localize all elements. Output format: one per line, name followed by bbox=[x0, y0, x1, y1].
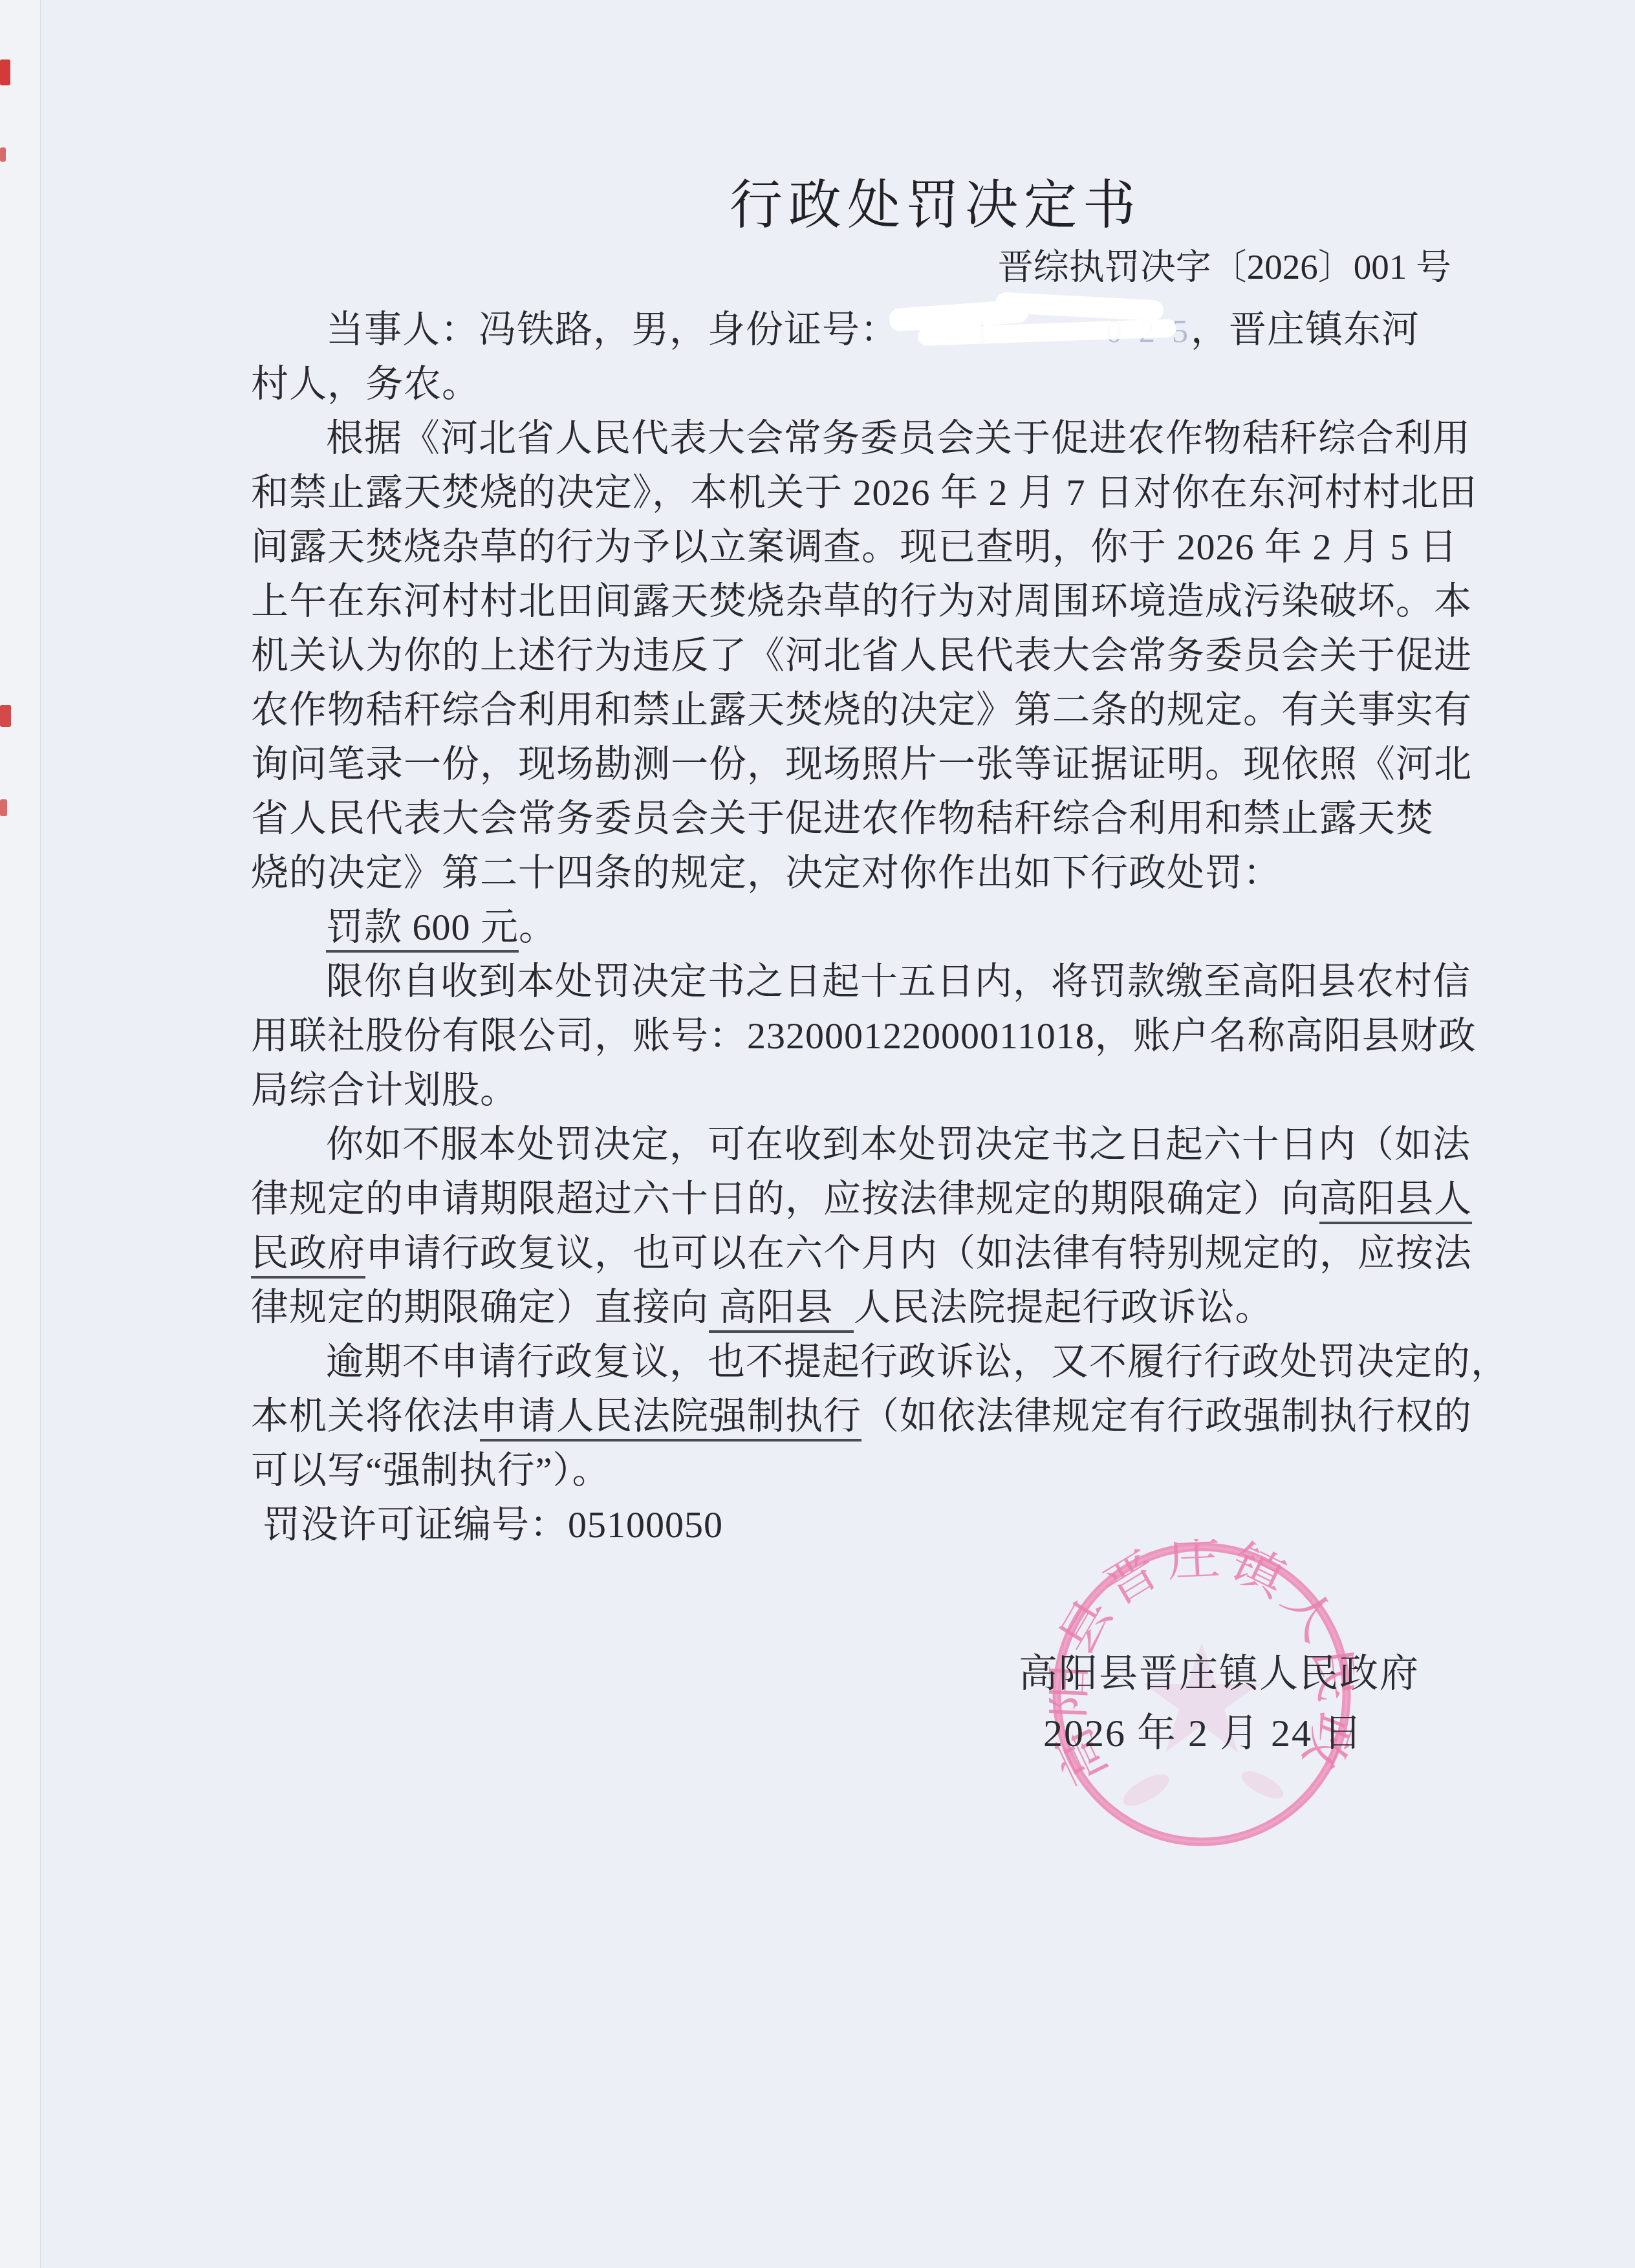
underlined-text: 民政府 bbox=[251, 1232, 365, 1279]
signature-date: 2026 年 2 月 24 日 bbox=[1043, 1702, 1363, 1758]
doc-line: 限你自收到本处罚决定书之日起十五日内，将罚款缴至高阳县农村信 bbox=[251, 955, 1486, 1009]
doc-line: 罚款 600 元。 bbox=[251, 900, 1486, 955]
text-run: 逾期不申请行政复议，也不提起行政诉讼，又不履行行政处罚决定的， bbox=[326, 1341, 1509, 1383]
edge-speck bbox=[0, 799, 7, 816]
doc-line: 可以写“强制执行”）。 bbox=[251, 1443, 1486, 1498]
doc-line: 民政府申请行政复议，也可以在六个月内（如法律有特别规定的，应按法 bbox=[251, 1226, 1486, 1280]
document-lines: 当事人：冯铁路，男，身份证号：1 025，晋庄镇东河村人，务农。根据《河北省人民… bbox=[251, 303, 1486, 1552]
text-run: 本机关将依法 bbox=[251, 1395, 480, 1437]
doc-line: 省人民代表大会常务委员会关于促进农作物秸秆综合利用和禁止露天焚 bbox=[251, 792, 1486, 846]
text-run: ，晋庄镇东河 bbox=[1191, 308, 1420, 351]
underlined-text: 申请人民法院强制执行 bbox=[480, 1395, 861, 1442]
doc-line: 农作物秸秆综合利用和禁止露天焚烧的决定》第二条的规定。有关事实有 bbox=[251, 683, 1486, 737]
text-run: 上午在东河村村北田间露天焚烧杂草的行为对周围环境造成污染破坏。本 bbox=[251, 580, 1472, 622]
text-run: 间露天焚烧杂草的行为予以立案调查。现已查明，你于 2026 年 2 月 5 日 bbox=[251, 526, 1458, 568]
text-run: 限你自收到本处罚决定书之日起十五日内，将罚款缴至高阳县农村信 bbox=[326, 960, 1471, 1002]
redacted-id-number: 1 025 bbox=[898, 304, 1191, 341]
signature-issuer: 高阳县晋庄镇人民政府 bbox=[1019, 1643, 1420, 1698]
doc-line: 间露天焚烧杂草的行为予以立案调查。现已查明，你于 2026 年 2 月 5 日 bbox=[251, 520, 1486, 574]
doc-line: 用联社股份有限公司，账号：232000122000011018，账户名称高阳县财… bbox=[251, 1009, 1486, 1063]
text-run: 根据《河北省人民代表大会常务委员会关于促进农作物秸秆综合利用 bbox=[326, 417, 1471, 459]
text-run: 省人民代表大会常务委员会关于促进农作物秸秆综合利用和禁止露天焚 bbox=[251, 797, 1434, 839]
text-run: 村人，务农。 bbox=[251, 363, 480, 405]
text-run: 当事人：冯铁路，男，身份证号： bbox=[326, 308, 898, 351]
doc-line: 村人，务农。 bbox=[251, 357, 1486, 411]
doc-line: 机关认为你的上述行为违反了《河北省人民代表大会常务委员会关于促进 bbox=[251, 629, 1486, 683]
document-number: 晋综执罚决字〔2026〕001 号 bbox=[841, 238, 1451, 289]
doc-line: 局综合计划股。 bbox=[251, 1063, 1486, 1118]
text-run: 律规定的期限确定）直接向 bbox=[251, 1286, 709, 1328]
text-run: 人民法院提起行政诉讼。 bbox=[854, 1286, 1273, 1328]
doc-line: 律规定的期限确定）直接向 高阳县 人民法院提起行政诉讼。 bbox=[251, 1280, 1486, 1335]
doc-line: 当事人：冯铁路，男，身份证号：1 025，晋庄镇东河 bbox=[251, 303, 1486, 357]
underlined-text: 高阳县人 bbox=[1319, 1178, 1472, 1224]
underlined-text: 罚款 600 元 bbox=[326, 906, 519, 953]
edge-speck bbox=[0, 705, 11, 727]
doc-line: 询问笔录一份，现场勘测一份，现场照片一张等证据证明。现依照《河北 bbox=[251, 737, 1486, 792]
text-run: 你如不服本处罚决定，可在收到本处罚决定书之日起六十日内（如法 bbox=[326, 1123, 1471, 1165]
edge-speck bbox=[0, 59, 10, 85]
doc-line: 烧的决定》第二十四条的规定，决定对你作出如下行政处罚： bbox=[251, 846, 1486, 900]
doc-line: 根据《河北省人民代表大会常务委员会关于促进农作物秸秆综合利用 bbox=[251, 411, 1486, 466]
text-run: 申请行政复议，也可以在六个月内（如法律有特别规定的，应按法 bbox=[365, 1232, 1472, 1274]
doc-line: 上午在东河村村北田间露天焚烧杂草的行为对周围环境造成污染破坏。本 bbox=[251, 574, 1486, 629]
text-run: 罚没许可证编号：05100050 bbox=[263, 1504, 723, 1546]
document-title: 行政处罚决定书 bbox=[730, 163, 1142, 239]
text-run: 农作物秸秆综合利用和禁止露天焚烧的决定》第二条的规定。有关事实有 bbox=[251, 689, 1472, 731]
doc-line: 你如不服本处罚决定，可在收到本处罚决定书之日起六十日内（如法 bbox=[251, 1118, 1486, 1172]
scanned-document-page: 行政处罚决定书 晋综执罚决字〔2026〕001 号 当事人：冯铁路，男，身份证号… bbox=[0, 0, 1635, 2268]
doc-line: 律规定的申请期限超过六十日的，应按法律规定的期限确定）向高阳县人 bbox=[251, 1172, 1486, 1226]
text-run: 烧的决定》第二十四条的规定，决定对你作出如下行政处罚： bbox=[251, 852, 1281, 894]
doc-line: 和禁止露天焚烧的决定》，本机关于 2026 年 2 月 7 日对你在东河村村北田 bbox=[251, 466, 1486, 520]
doc-line: 逾期不申请行政复议，也不提起行政诉讼，又不履行行政处罚决定的， bbox=[251, 1335, 1486, 1389]
text-run: （如依法律规定有行政强制执行权的 bbox=[861, 1395, 1472, 1437]
text-run: 可以写“强制执行”）。 bbox=[251, 1449, 611, 1491]
text-run: 询问笔录一份，现场勘测一份，现场照片一张等证据证明。现依照《河北 bbox=[251, 743, 1472, 785]
text-run: 和禁止露天焚烧的决定》，本机关于 2026 年 2 月 7 日对你在东河村村北田 bbox=[251, 471, 1477, 513]
text-run: 机关认为你的上述行为违反了《河北省人民代表大会常务委员会关于促进 bbox=[251, 634, 1472, 676]
doc-line: 本机关将依法申请人民法院强制执行（如依法律规定有行政强制执行权的 bbox=[251, 1389, 1486, 1443]
text-run: 用联社股份有限公司，账号：232000122000011018，账户名称高阳县财… bbox=[251, 1015, 1477, 1057]
text-run: 。 bbox=[519, 906, 557, 948]
edge-speck bbox=[0, 147, 6, 162]
text-run: 局综合计划股。 bbox=[251, 1069, 518, 1111]
scan-left-edge bbox=[0, 0, 41, 2268]
text-run: 律规定的申请期限超过六十日的，应按法律规定的期限确定）向 bbox=[251, 1178, 1319, 1220]
underlined-text: 高阳县 bbox=[709, 1286, 854, 1333]
